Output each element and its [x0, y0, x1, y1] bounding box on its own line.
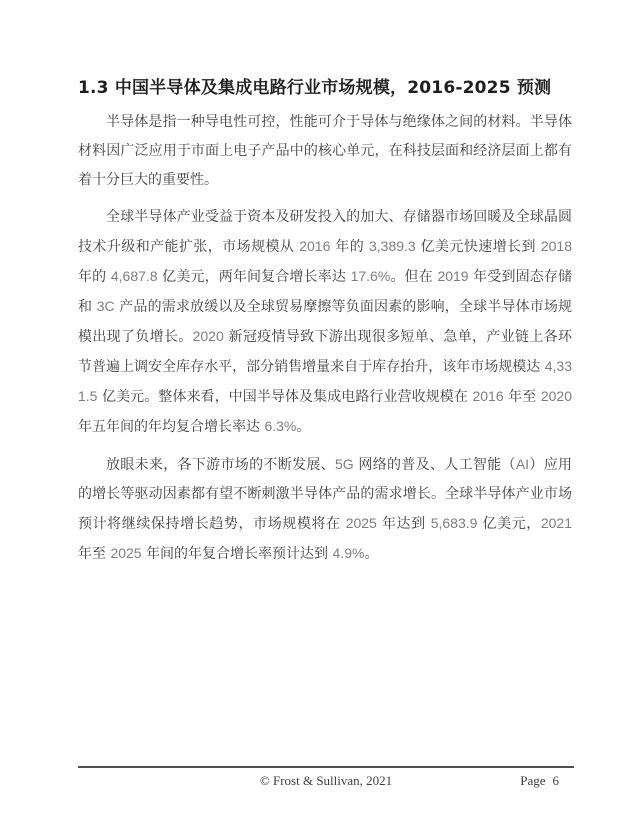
page-footer: © Frost & Sullivan, 2021 Page6: [78, 766, 574, 789]
paragraph-market-forecast: 放眼未来，各下游市场的不断发展、5G 网络的普及、人工智能（AI）应用的增长等驱…: [78, 450, 572, 569]
document-page: 1.3 中国半导体及集成电路行业市场规模，2016-2025 预测 半导体是指一…: [0, 0, 640, 828]
paragraph-market-history: 全球半导体产业受益于资本及研发投入的加大、存储器市场回暖及全球晶圆技术升级和产能…: [78, 203, 572, 442]
footer-copyright: © Frost & Sullivan, 2021: [260, 773, 392, 788]
page-number: Page6: [520, 773, 559, 789]
paragraph-semiconductor-definition: 半导体是指一种导电性可控，性能可介于导体与绝缘体之间的材料。半导体材料因广泛应用…: [78, 108, 572, 195]
page-content: 1.3 中国半导体及集成电路行业市场规模，2016-2025 预测 半导体是指一…: [0, 0, 640, 569]
page-number-label: Page: [520, 773, 545, 788]
section-heading: 1.3 中国半导体及集成电路行业市场规模，2016-2025 预测: [78, 76, 572, 101]
page-number-value: 6: [553, 773, 560, 788]
